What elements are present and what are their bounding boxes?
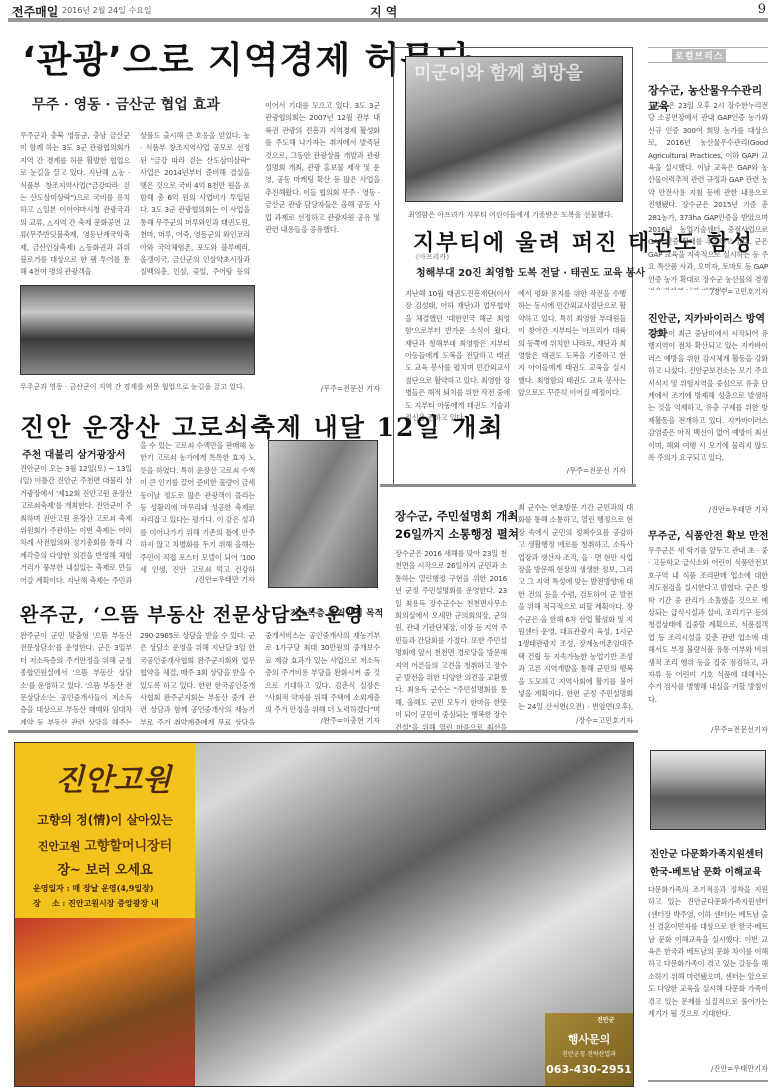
tourism-byline: /무주=전문선 기자 bbox=[265, 384, 380, 394]
jangsu-meeting-col2: 최 군수는 연초방문 기간 군민과의 대화를 통해 소통하고, 열린 행정으로 … bbox=[518, 502, 633, 714]
tourism-photo-caption: 무주군과 영동 · 금산군이 지역 간 경계를 허문 협업으로 눈길을 끌고 있… bbox=[20, 382, 245, 392]
brief-text-0: 장수군은 23일 오후 2시 장수한누리전당 소공연장에서 관내 GAP인증 농… bbox=[648, 100, 768, 290]
gorosoe-photo bbox=[268, 440, 378, 588]
ad-contact-label: 행사문의 bbox=[545, 1031, 633, 1047]
tourism-col2: 상품도 출시해 큰 호응을 얻었다. 농 · 식품부 창조지역사업 공모로 선정… bbox=[140, 130, 250, 280]
brief-text-2: 무주군은 새 학기를 앞두고 관내 초 · 중 · 고등학교 급식소와 어린이 … bbox=[648, 545, 768, 725]
jangsu-meeting-byline: /장수=고민호기자 bbox=[518, 716, 633, 726]
subhead-taekwondo: 청해부대 20진 최영함 도복 전달 · 태권도 교육 봉사 bbox=[416, 264, 645, 279]
brief-byline-1: /진안=우태만 기자 bbox=[648, 505, 768, 515]
brief-byline-2: /무주=전문선기자 bbox=[648, 725, 768, 735]
wanju-col1: 완주군이 군민 맞춤형 '으뜸 부동산 전문상담소'를 운영한다. 군은 3일부… bbox=[20, 630, 132, 725]
ad-contact-panel: 진안군 행사문의 진안군청 전략산업과 063-430-2951 bbox=[545, 1013, 633, 1086]
ad-phone: 063-430-2951 bbox=[545, 1063, 633, 1076]
gorosoe-col2: 을 수 있는 고로쇠 수액만을 판매해 농한기 고로쇠 농가에게 톡톡한 효자 … bbox=[140, 440, 255, 575]
taekwondo-byline: /무주=전문선 기자 bbox=[518, 466, 626, 476]
ad-info1: 운영일자 : 매 장날 운영(4,9일장) bbox=[33, 883, 154, 894]
taekwondo-col1: 지난해 10월 태권도진흥재단(이사장 김성태, 이하 재단)과 업무협약을 체… bbox=[405, 288, 510, 478]
brief-text-3: 다문화가족의 조기적응과 정착을 지원하고 있는 진안군다문화가족지원센터(센터… bbox=[648, 884, 768, 1062]
header-rule bbox=[8, 18, 768, 22]
taekwondo-kicker: 《아프리카》 bbox=[412, 252, 453, 262]
sidebar-logo-rule bbox=[648, 62, 768, 63]
headline-gorosoe: 진안 운장산 고로쇠축제 내달 12일 개최 bbox=[20, 408, 505, 444]
ad-info2: 장 소 : 진안고원시장 중앙광장 내 bbox=[33, 898, 159, 909]
ad-line2-b: 고향할머니장터 bbox=[84, 839, 172, 854]
tourism-col1: 무주군과 충북 영동군, 충남 금산군이 함께 하는 3도 3군 관광협의회가 … bbox=[20, 130, 130, 280]
section-divider bbox=[380, 484, 636, 487]
subhead-gorosoe: 주천 대불리 삼거광장서 bbox=[22, 446, 126, 461]
tourism-col3: 이어서 기대를 모으고 있다. 3도 3군 관광협의회는 2007년 12월 관… bbox=[265, 100, 380, 365]
wanju-byline: /완주=이충현 기자 bbox=[265, 716, 380, 726]
ad-line2-a: 진안고원 bbox=[38, 840, 81, 853]
subhead-wanju: 저소득층 주거안정 목적 bbox=[290, 606, 383, 619]
gorosoe-col1: 진안군이 오는 3월 12일(토) ~ 13일(일) 이틀간 진안군 주천면 대… bbox=[20, 463, 132, 588]
ad-contact-dept: 진안군청 전략산업과 bbox=[545, 1049, 633, 1058]
ad-line1: 고향의 정(情)이 살아있는 bbox=[15, 811, 195, 828]
sidebar-top-rule bbox=[648, 47, 768, 48]
brief-byline-0: /장수=고민호기자 bbox=[648, 287, 768, 297]
ad-line3: 장~ 보러 오세요 bbox=[15, 859, 195, 878]
photo-banner-text: 미군이와 함께 희망을 bbox=[414, 59, 583, 85]
advertisement-banner[interactable]: 진안고원 고향의 정(情)이 살아있는 진안고원 고향할머니장터 장~ 보러 오… bbox=[14, 742, 634, 1087]
ad-org-logo: 진안군 bbox=[597, 1015, 614, 1024]
brief-byline-3: /진안=우태만기자 bbox=[648, 1064, 768, 1074]
taekwondo-col2: 에서 평화 유지를 위한 작전을 수행하는 동시에 민간외교사절단으로 활약하고… bbox=[518, 288, 626, 463]
wanju-col2: 290-2965로 상담을 받을 수 있다. 군은 상담소 운영을 위해 지난달… bbox=[140, 630, 255, 725]
brief-title-3a: 진안군 다문화가족지원센터 bbox=[650, 846, 763, 860]
multicultural-photo bbox=[650, 750, 766, 830]
taekwondo-photo: 미군이와 함께 희망을 bbox=[405, 56, 623, 202]
ad-yellow-panel: 진안고원 고향의 정(情)이 살아있는 진안고원 고향할머니장터 장~ 보러 오… bbox=[15, 743, 195, 918]
subhead-tourism: 무주 · 영동 · 금산군 협업 효과 bbox=[32, 94, 220, 114]
jangsu-meeting-col1: 장수군은 2016 새해를 맞아 23일 천천면을 시작으로 26일까지 군민과… bbox=[395, 548, 507, 730]
headline-jangsu-meeting-2: 26일까지 소통행정 펼쳐 bbox=[395, 526, 519, 542]
gorosoe-byline: /진안=우태만 기자 bbox=[140, 575, 255, 585]
tourism-photo bbox=[20, 285, 255, 375]
ad-food-photo bbox=[15, 918, 195, 1086]
page-number: 9 bbox=[758, 2, 766, 17]
taekwondo-photo-caption: 최영함은 아프리카 지부티 어린이들에게 기증받은 도복을 선물했다. bbox=[408, 210, 613, 220]
brief-title-2: 무주군, 식품안전 확보 만전 bbox=[648, 527, 769, 542]
wanju-col3: 중개서비스는 공인중개사의 재능기부로 1가구당 최대 30만원의 중개보수료 … bbox=[265, 630, 380, 715]
headline-jangsu-meeting-1: 장수군, 주민설명회 개최 bbox=[395, 508, 518, 524]
ad-logo-text: 진안고원 bbox=[55, 755, 171, 799]
brief-title-3b: 한국-베트남 문화 이해교육 bbox=[650, 864, 762, 878]
brief-text-1: 진안군이 최근 중남미에서 시작되어 유행지역이 점차 확산되고 있는 지카바이… bbox=[648, 328, 768, 503]
ad-line2: 진안고원 고향할머니장터 bbox=[15, 835, 195, 854]
sidebar-logo: 로컬브리스 bbox=[672, 49, 726, 62]
ad-divider bbox=[8, 730, 638, 733]
sidebar-bottom-rule bbox=[648, 1080, 768, 1082]
issue-date: 2016년 2월 24일 수요일 bbox=[62, 5, 152, 16]
